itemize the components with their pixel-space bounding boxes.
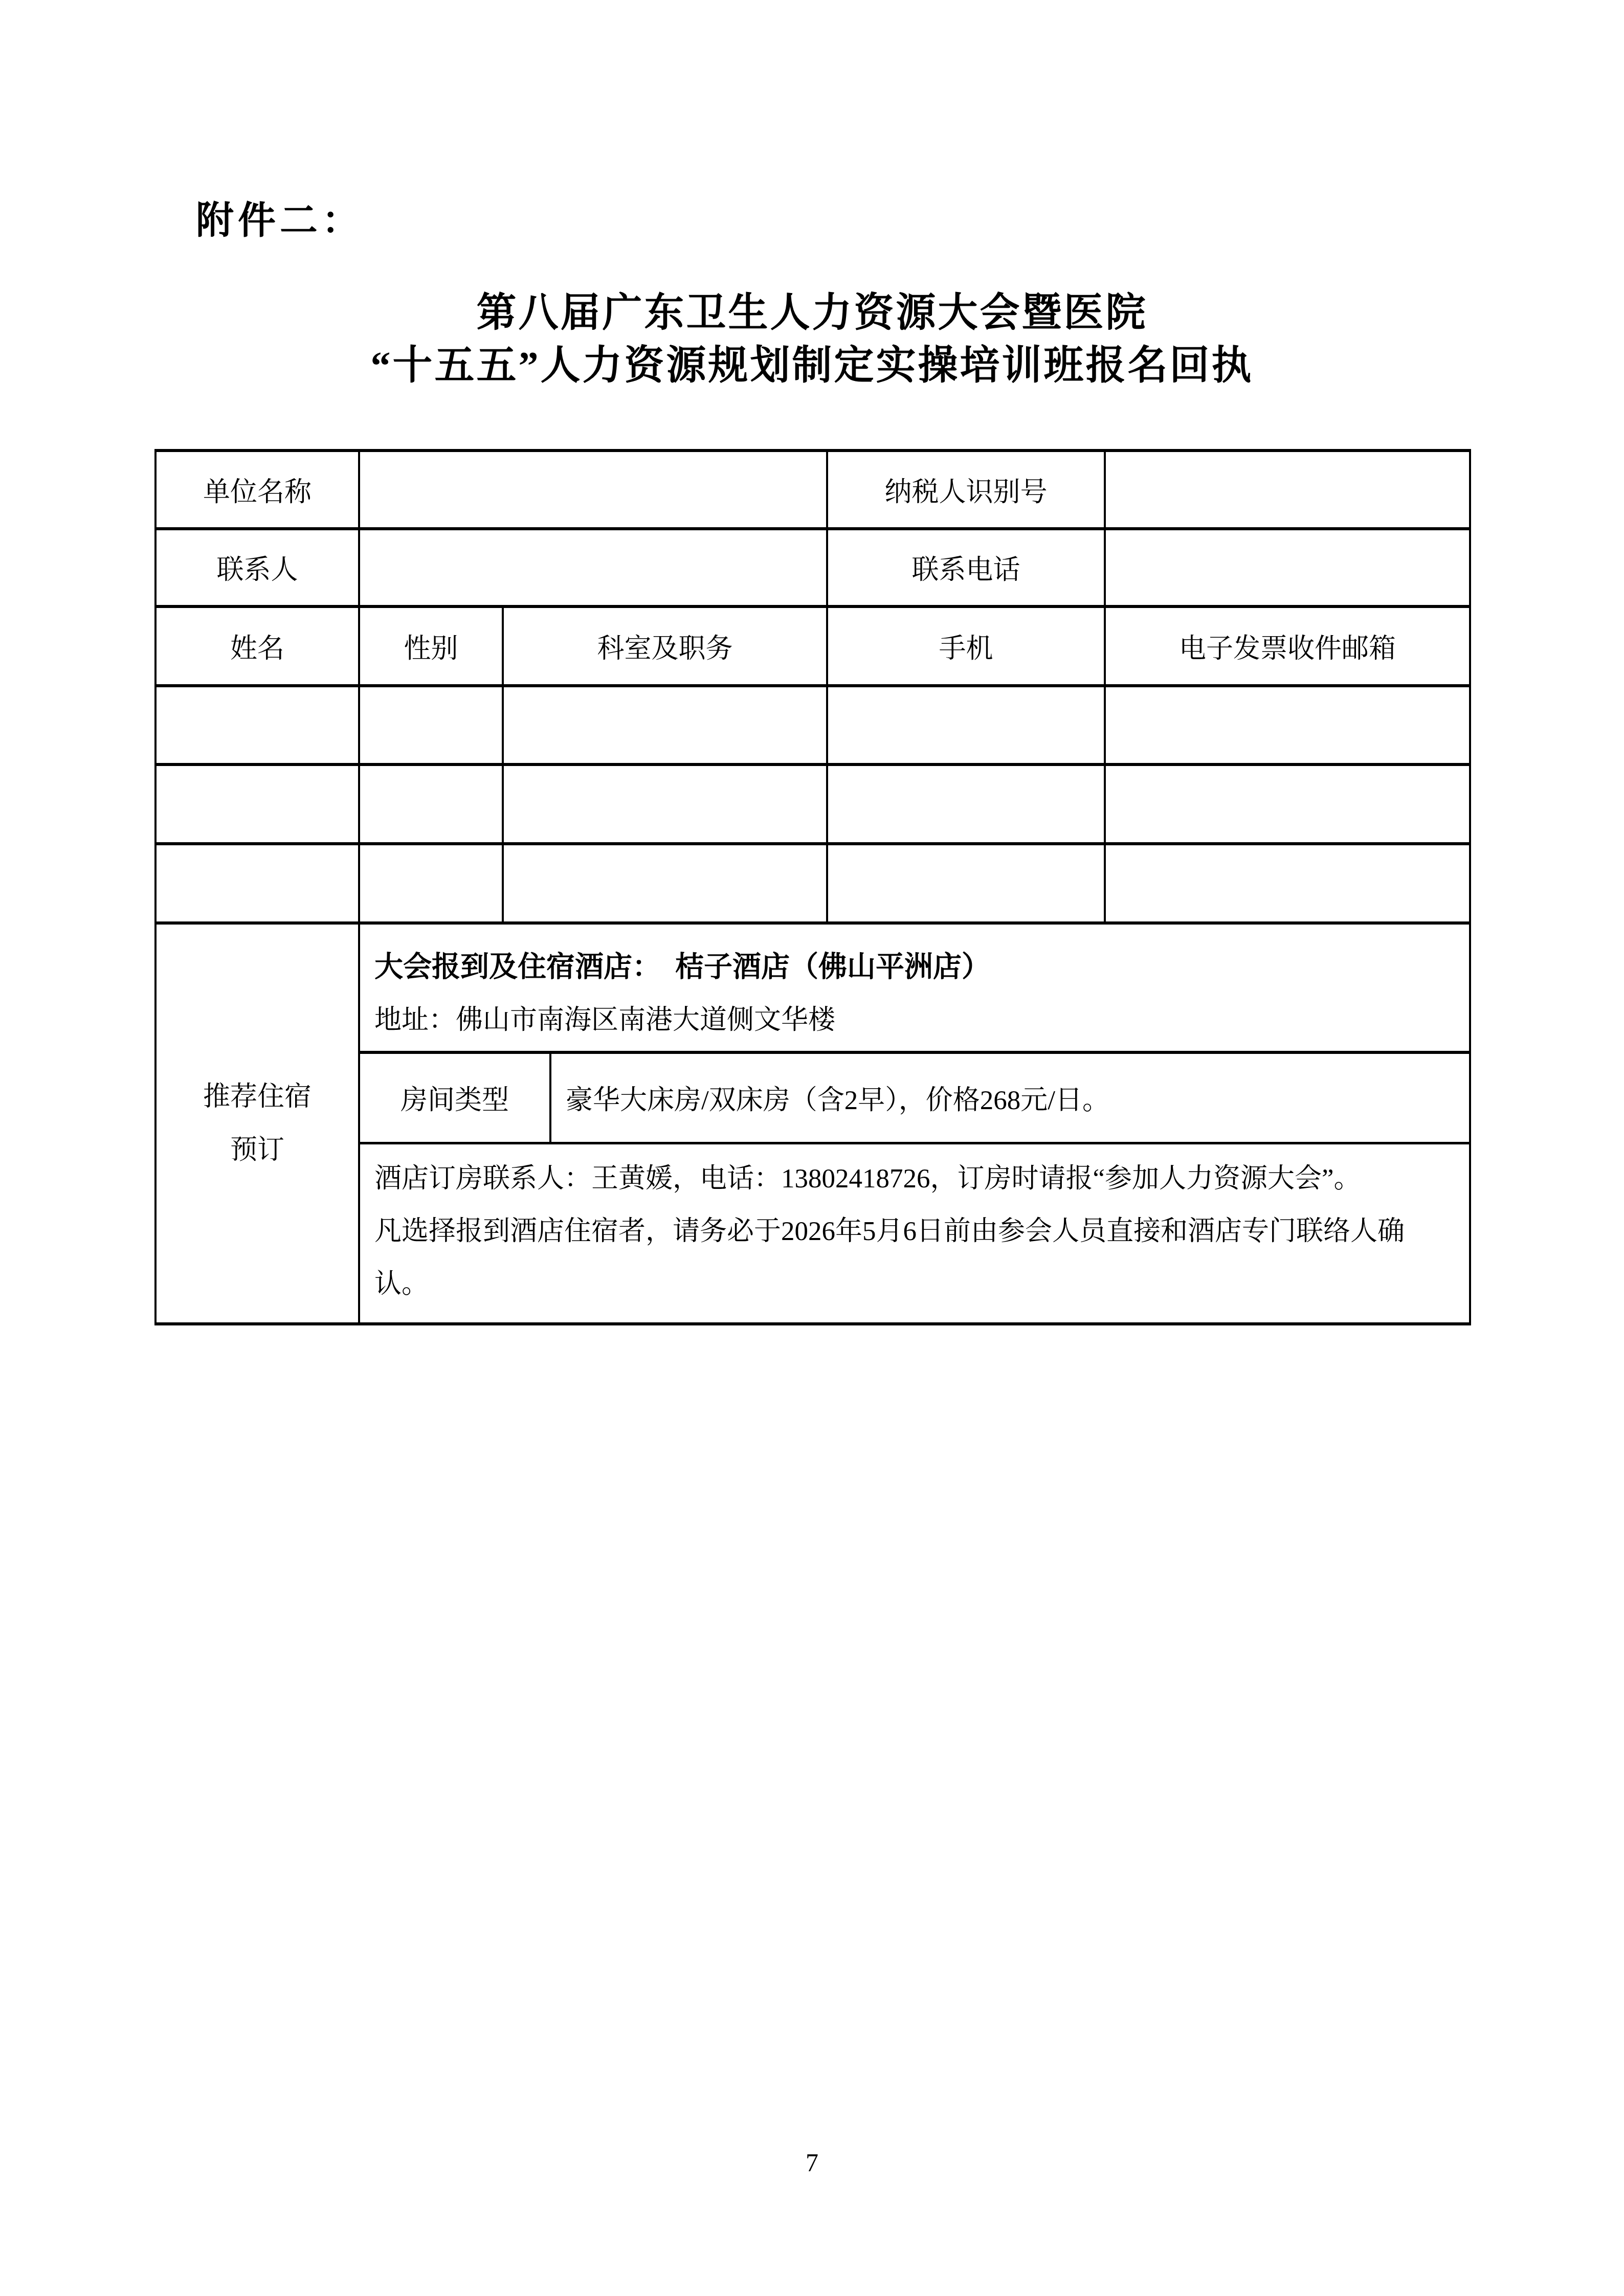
booking-contact-line: 酒店订房联系人：王黄媛，电话：13802418726，订房时请报“参加人力资源大… xyxy=(374,1153,1454,1205)
booking-confirm-line: 凡选择报到酒店住宿者，请务必于2026年5月6日前由参会人员直接和酒店专门联络人… xyxy=(374,1205,1454,1311)
attendee-gender-field[interactable] xyxy=(359,844,503,923)
booking-notes-block: 酒店订房联系人：王黄媛，电话：13802418726，订房时请报“参加人力资源大… xyxy=(360,1144,1469,1311)
hotel-info-block: 大会报到及住宿酒店： 桔子酒店（佛山平洲店） 地址：佛山市南海区南港大道侧文华楼 xyxy=(360,936,1469,1054)
hotel-name-line: 大会报到及住宿酒店： 桔子酒店（佛山平洲店） xyxy=(374,940,1469,994)
page-number: 7 xyxy=(0,2148,1624,2177)
stay-label-line-1: 推荐住宿 xyxy=(157,1070,358,1123)
attendee-gender-field[interactable] xyxy=(359,764,503,844)
room-type-block: 房间类型 豪华大床房/双床房（含2早），价格268元/日。 xyxy=(360,1054,1469,1144)
hotel-address-line: 地址：佛山市南海区南港大道侧文华楼 xyxy=(374,994,1469,1047)
contact-person-label: 联系人 xyxy=(155,529,359,606)
attendee-email-field[interactable] xyxy=(1105,764,1470,844)
hotel-section-row: 推荐住宿 预订 大会报到及住宿酒店： 桔子酒店（佛山平洲店） 地址：佛山市南海区… xyxy=(155,923,1470,1324)
header-gender: 性别 xyxy=(359,606,503,686)
attendee-email-field[interactable] xyxy=(1105,844,1470,923)
stay-label-line-2: 预订 xyxy=(157,1123,358,1177)
header-invoice-email: 电子发票收件邮箱 xyxy=(1105,606,1470,686)
attachment-label: 附件二： xyxy=(196,190,364,244)
header-name: 姓名 xyxy=(155,606,359,686)
table-row: 单位名称 纳税人识别号 xyxy=(155,451,1470,529)
registration-table: 单位名称 纳税人识别号 联系人 联系电话 姓名 性别 科室及职务 手机 电子发票… xyxy=(154,449,1471,1325)
title-line-2: “十五五”人力资源规划制定实操培训班报名回执 xyxy=(0,339,1624,392)
attendee-department-field[interactable] xyxy=(503,844,827,923)
contact-phone-label: 联系电话 xyxy=(827,529,1105,606)
hotel-details-cell: 大会报到及住宿酒店： 桔子酒店（佛山平洲店） 地址：佛山市南海区南港大道侧文华楼… xyxy=(359,923,1470,1324)
document-page: 附件二： 第八届广东卫生人力资源大会暨医院 “十五五”人力资源规划制定实操培训班… xyxy=(0,0,1624,2296)
contact-phone-field[interactable] xyxy=(1105,529,1470,606)
attendee-gender-field[interactable] xyxy=(359,686,503,764)
attendee-name-field[interactable] xyxy=(155,686,359,764)
table-row: 联系人 联系电话 xyxy=(155,529,1470,606)
taxpayer-id-field[interactable] xyxy=(1105,451,1470,529)
title-line-1: 第八届广东卫生人力资源大会暨医院 xyxy=(0,286,1624,339)
attendee-mobile-field[interactable] xyxy=(827,844,1105,923)
header-mobile: 手机 xyxy=(827,606,1105,686)
attendee-empty-row xyxy=(155,844,1470,923)
taxpayer-id-label: 纳税人识别号 xyxy=(827,451,1105,529)
attendee-empty-row xyxy=(155,686,1470,764)
unit-name-label: 单位名称 xyxy=(155,451,359,529)
attendee-empty-row xyxy=(155,764,1470,844)
attendee-email-field[interactable] xyxy=(1105,686,1470,764)
header-department-title: 科室及职务 xyxy=(503,606,827,686)
room-type-value: 豪华大床房/双床房（含2早），价格268元/日。 xyxy=(551,1054,1469,1142)
attendee-department-field[interactable] xyxy=(503,686,827,764)
stay-section-label: 推荐住宿 预订 xyxy=(155,923,359,1324)
attendee-department-field[interactable] xyxy=(503,764,827,844)
attendee-mobile-field[interactable] xyxy=(827,764,1105,844)
attendee-name-field[interactable] xyxy=(155,764,359,844)
attendee-header-row: 姓名 性别 科室及职务 手机 电子发票收件邮箱 xyxy=(155,606,1470,686)
attendee-name-field[interactable] xyxy=(155,844,359,923)
document-title: 第八届广东卫生人力资源大会暨医院 “十五五”人力资源规划制定实操培训班报名回执 xyxy=(0,286,1624,392)
unit-name-field[interactable] xyxy=(359,451,827,529)
room-type-label: 房间类型 xyxy=(360,1054,551,1142)
attendee-mobile-field[interactable] xyxy=(827,686,1105,764)
contact-person-field[interactable] xyxy=(359,529,827,606)
